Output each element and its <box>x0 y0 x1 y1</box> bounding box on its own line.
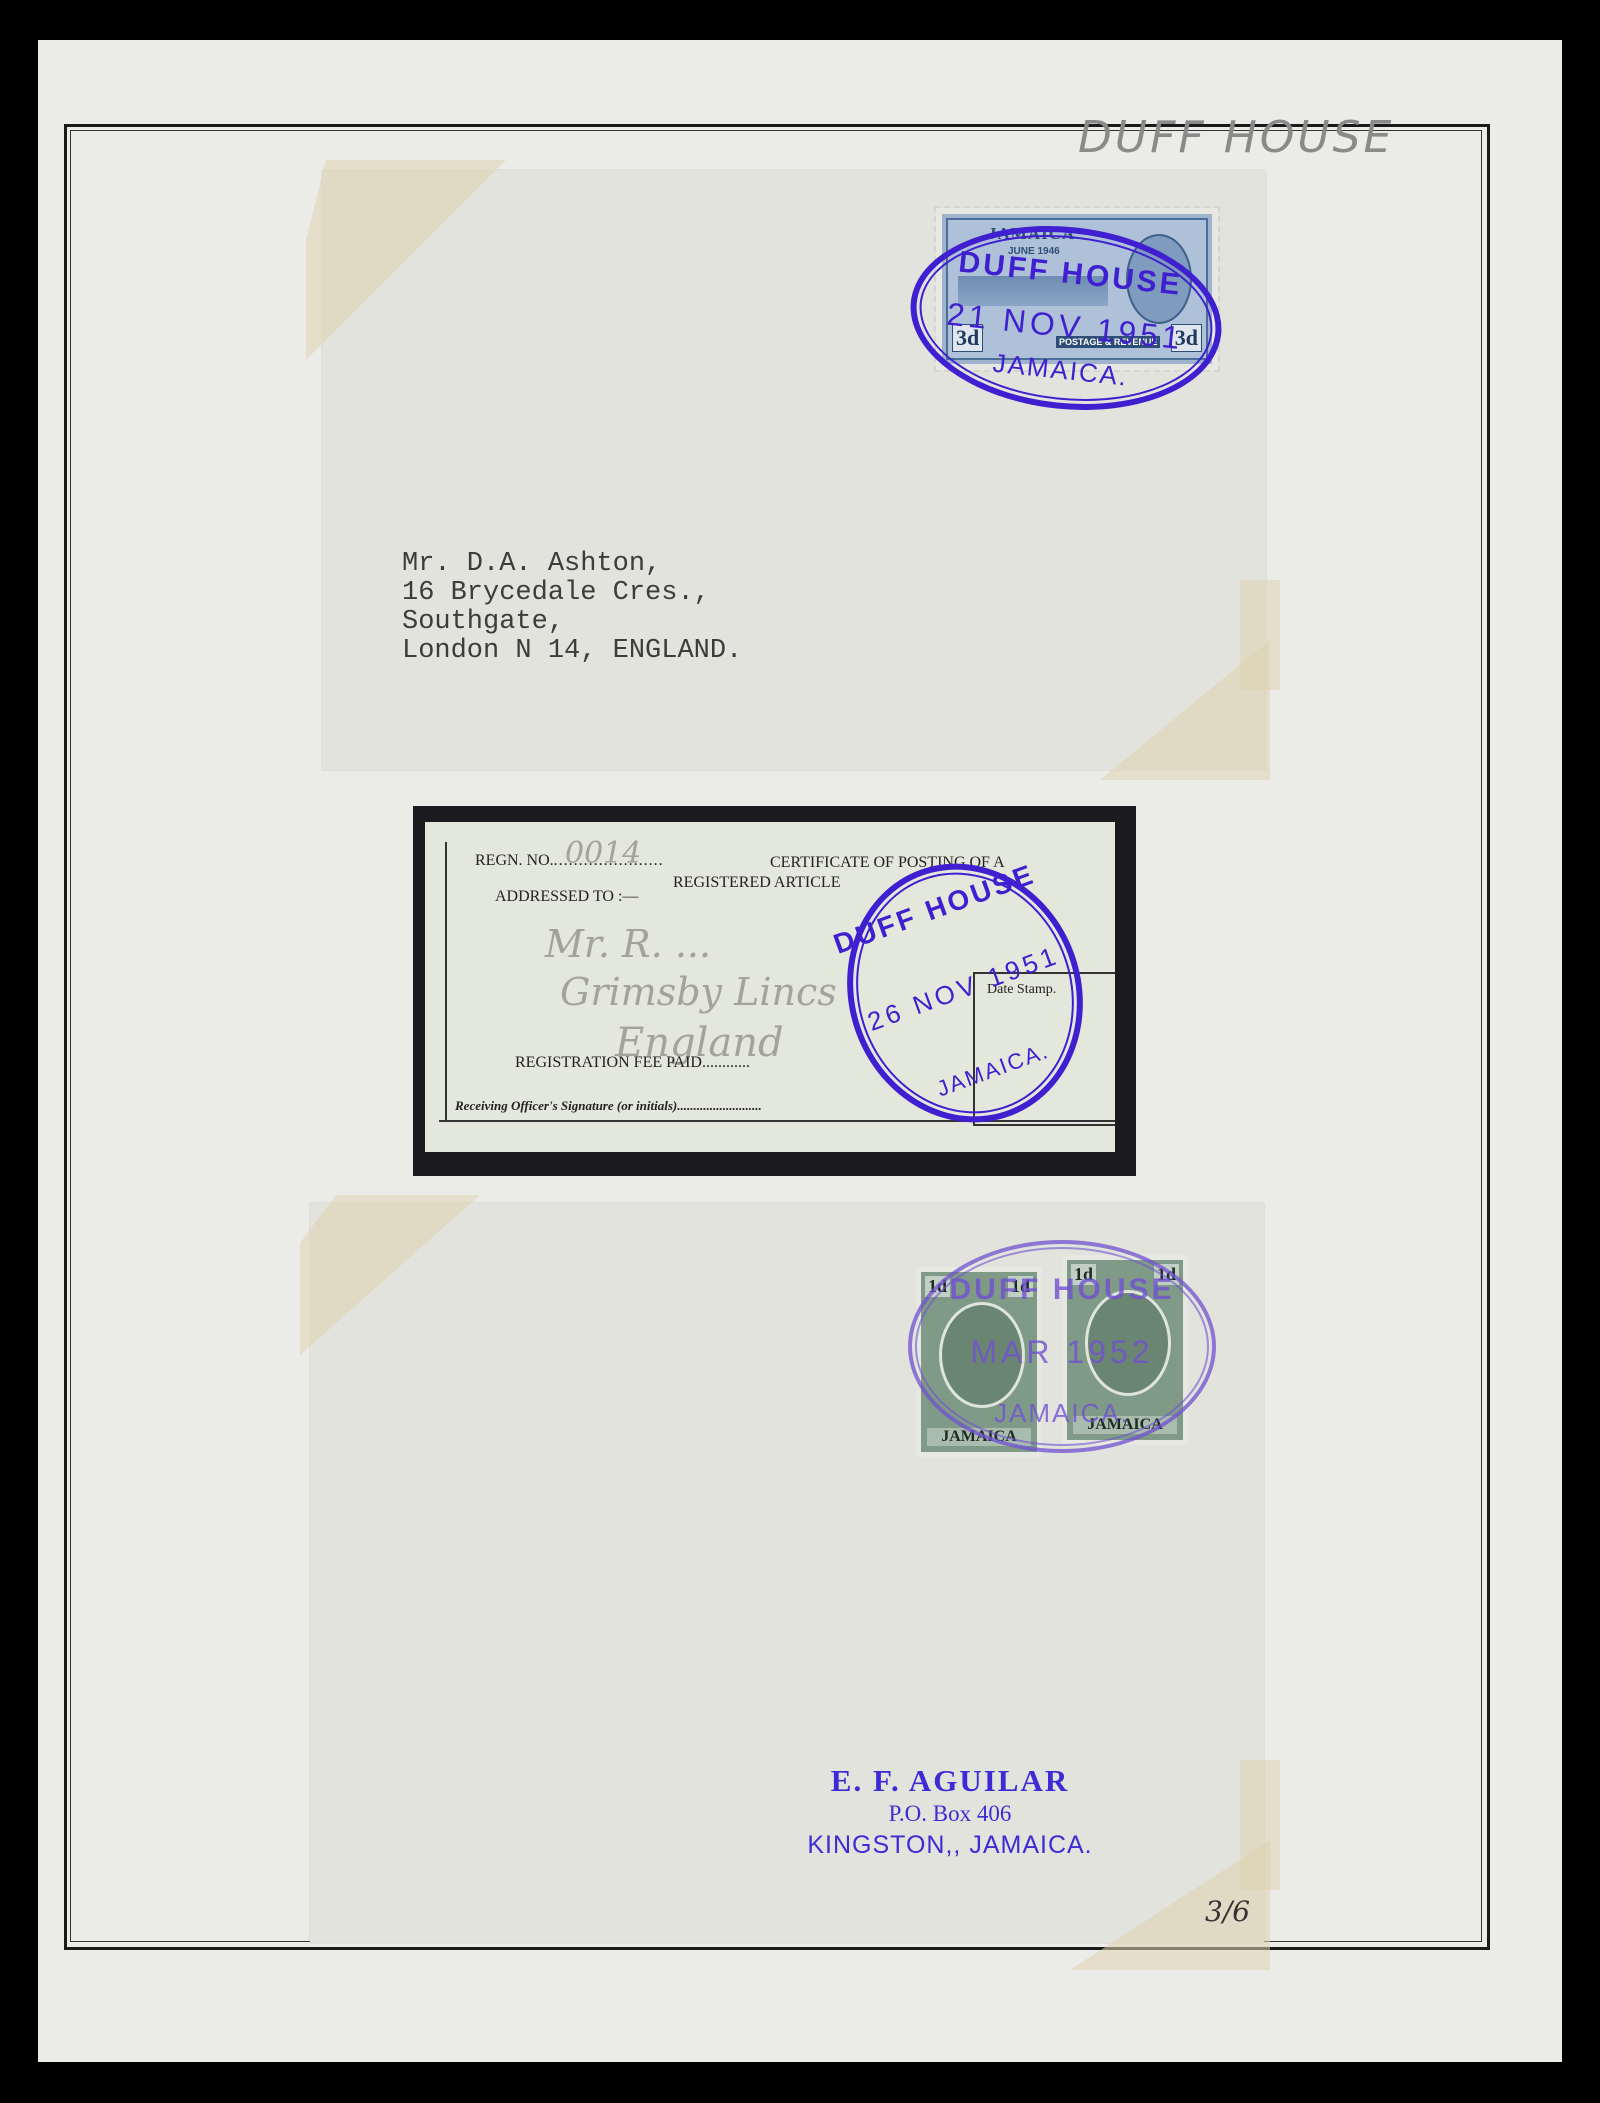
sender-box: P.O. Box 406 <box>790 1801 1110 1827</box>
recipient-address: Mr. D.A. Ashton, 16 Brycedale Cres., Sou… <box>402 550 742 666</box>
postmark-date: MAR 1952 <box>912 1334 1212 1371</box>
fee-label: REGISTRATION FEE PAID............ <box>515 1054 750 1072</box>
postmark-top: DUFF HOUSE <box>826 857 1044 962</box>
addressed-label: ADDRESSED TO :— <box>495 888 638 906</box>
divider <box>445 842 447 1122</box>
cover-ashton: JAMAICA JUNE 1946 3d POSTAGE & REVENUE 3… <box>322 170 1266 770</box>
regn-label: REGN. NO. <box>475 852 554 869</box>
postmark-date: 21 NOV 1951 <box>914 292 1216 360</box>
cover-aguilar: 1d 1d JAMAICA 1d 1d JAMAICA DUFF HOUSE M… <box>310 1203 1264 1943</box>
postmark-top: DUFF HOUSE <box>912 1273 1212 1307</box>
page-heading: DUFF HOUSE <box>1078 112 1394 163</box>
signature-label: Receiving Officer's Signature (or initia… <box>455 1098 762 1114</box>
postmark-bottom: JAMAICA. <box>912 1398 1212 1429</box>
handwritten-name: Mr. R. ... <box>545 922 711 966</box>
postmark-bottom: JAMAICA. <box>910 339 1212 401</box>
postmark-date: 26 NOV 1951 <box>855 937 1072 1041</box>
sender-city: KINGSTON,, JAMAICA. <box>790 1831 1110 1860</box>
cert-subtitle: REGISTERED ARTICLE <box>673 874 840 892</box>
regn-number: 0014 <box>565 836 641 871</box>
price-note: 3/6 <box>1205 1895 1250 1928</box>
duff-house-postmark: DUFF HOUSE MAR 1952 JAMAICA. <box>908 1240 1216 1453</box>
handwritten-town: Grimsby Lincs <box>560 970 837 1014</box>
certificate-of-posting: REGN. NO....................... 0014 CER… <box>425 822 1115 1152</box>
sender-name: E. F. AGUILAR <box>790 1763 1110 1799</box>
sender-cachet: E. F. AGUILAR P.O. Box 406 KINGSTON,, JA… <box>790 1763 1110 1860</box>
